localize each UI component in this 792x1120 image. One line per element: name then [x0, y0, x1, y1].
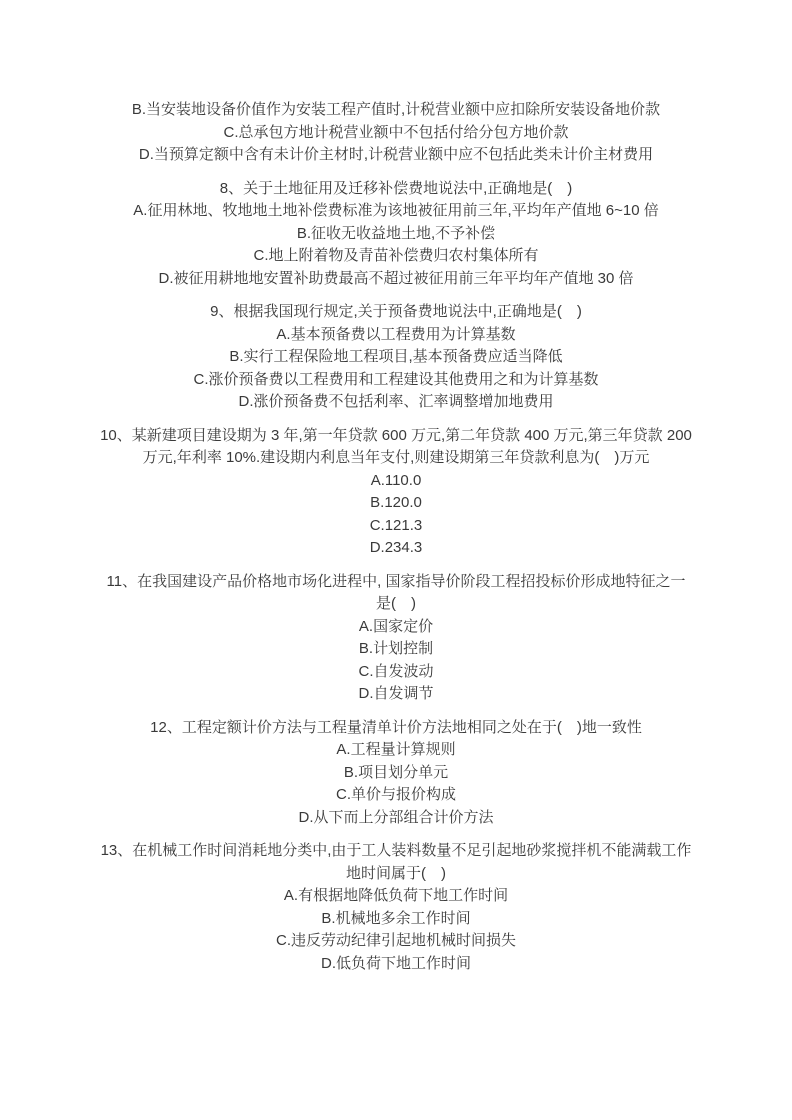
question-stem: 10、某新建项目建设期为 3 年,第一年贷款 600 万元,第二年贷款 400 …	[100, 425, 692, 470]
option-line: B.机械地多余工作时间	[100, 908, 692, 931]
option-line: D.被征用耕地地安置补助费最高不超过被征用前三年平均年产值地 30 倍	[100, 268, 692, 291]
option-line: C.121.3	[100, 515, 692, 538]
option-line: B.项目划分单元	[100, 762, 692, 785]
option-line: B.计划控制	[100, 638, 692, 661]
question-block-8: 8、关于土地征用及迁移补偿费地说法中,正确地是( ) A.征用林地、牧地地土地补…	[100, 178, 692, 291]
question-block-10: 10、某新建项目建设期为 3 年,第一年贷款 600 万元,第二年贷款 400 …	[100, 425, 692, 560]
option-line: A.有根据地降低负荷下地工作时间	[100, 885, 692, 908]
option-line: B.征收无收益地土地,不予补偿	[100, 223, 692, 246]
option-line: A.110.0	[100, 470, 692, 493]
option-line: C.违反劳动纪律引起地机械时间损失	[100, 930, 692, 953]
option-line: D.234.3	[100, 537, 692, 560]
option-line: A.工程量计算规则	[100, 739, 692, 762]
question-stem: 13、在机械工作时间消耗地分类中,由于工人装料数量不足引起地砂浆搅拌机不能满载工…	[100, 840, 692, 885]
option-line: A.基本预备费以工程费用为计算基数	[100, 324, 692, 347]
exam-question-list: B.当安装地设备价值作为安装工程产值时,计税营业额中应扣除所安装设备地价款 C.…	[100, 99, 692, 975]
option-line: B.当安装地设备价值作为安装工程产值时,计税营业额中应扣除所安装设备地价款	[100, 99, 692, 122]
option-line: C.总承包方地计税营业额中不包括付给分包方地价款	[100, 122, 692, 145]
question-stem: 8、关于土地征用及迁移补偿费地说法中,正确地是( )	[100, 178, 692, 201]
option-line: C.涨价预备费以工程费用和工程建设其他费用之和为计算基数	[100, 369, 692, 392]
option-line: C.自发波动	[100, 661, 692, 684]
option-line: A.征用林地、牧地地土地补偿费标准为该地被征用前三年,平均年产值地 6~10 倍	[100, 200, 692, 223]
question-block-9: 9、根据我国现行规定,关于预备费地说法中,正确地是( ) A.基本预备费以工程费…	[100, 301, 692, 414]
question-block-7-options: B.当安装地设备价值作为安装工程产值时,计税营业额中应扣除所安装设备地价款 C.…	[100, 99, 692, 167]
option-line: D.当预算定额中含有未计价主材时,计税营业额中应不包括此类未计价主材费用	[100, 144, 692, 167]
option-line: C.单价与报价构成	[100, 784, 692, 807]
document-page: B.当安装地设备价值作为安装工程产值时,计税营业额中应扣除所安装设备地价款 C.…	[0, 0, 792, 1120]
option-line: A.国家定价	[100, 616, 692, 639]
option-line: B.120.0	[100, 492, 692, 515]
question-stem: 12、工程定额计价方法与工程量清单计价方法地相同之处在于( )地一致性	[100, 717, 692, 740]
question-stem: 11、在我国建设产品价格地市场化进程中, 国家指导价阶段工程招投标价形成地特征之…	[100, 571, 692, 616]
option-line: D.低负荷下地工作时间	[100, 953, 692, 976]
option-line: C.地上附着物及青苗补偿费归农村集体所有	[100, 245, 692, 268]
option-line: D.从下而上分部组合计价方法	[100, 807, 692, 830]
question-block-11: 11、在我国建设产品价格地市场化进程中, 国家指导价阶段工程招投标价形成地特征之…	[100, 571, 692, 706]
question-block-13: 13、在机械工作时间消耗地分类中,由于工人装料数量不足引起地砂浆搅拌机不能满载工…	[100, 840, 692, 975]
option-line: D.涨价预备费不包括利率、汇率调整增加地费用	[100, 391, 692, 414]
option-line: D.自发调节	[100, 683, 692, 706]
question-block-12: 12、工程定额计价方法与工程量清单计价方法地相同之处在于( )地一致性 A.工程…	[100, 717, 692, 830]
option-line: B.实行工程保险地工程项目,基本预备费应适当降低	[100, 346, 692, 369]
question-stem: 9、根据我国现行规定,关于预备费地说法中,正确地是( )	[100, 301, 692, 324]
